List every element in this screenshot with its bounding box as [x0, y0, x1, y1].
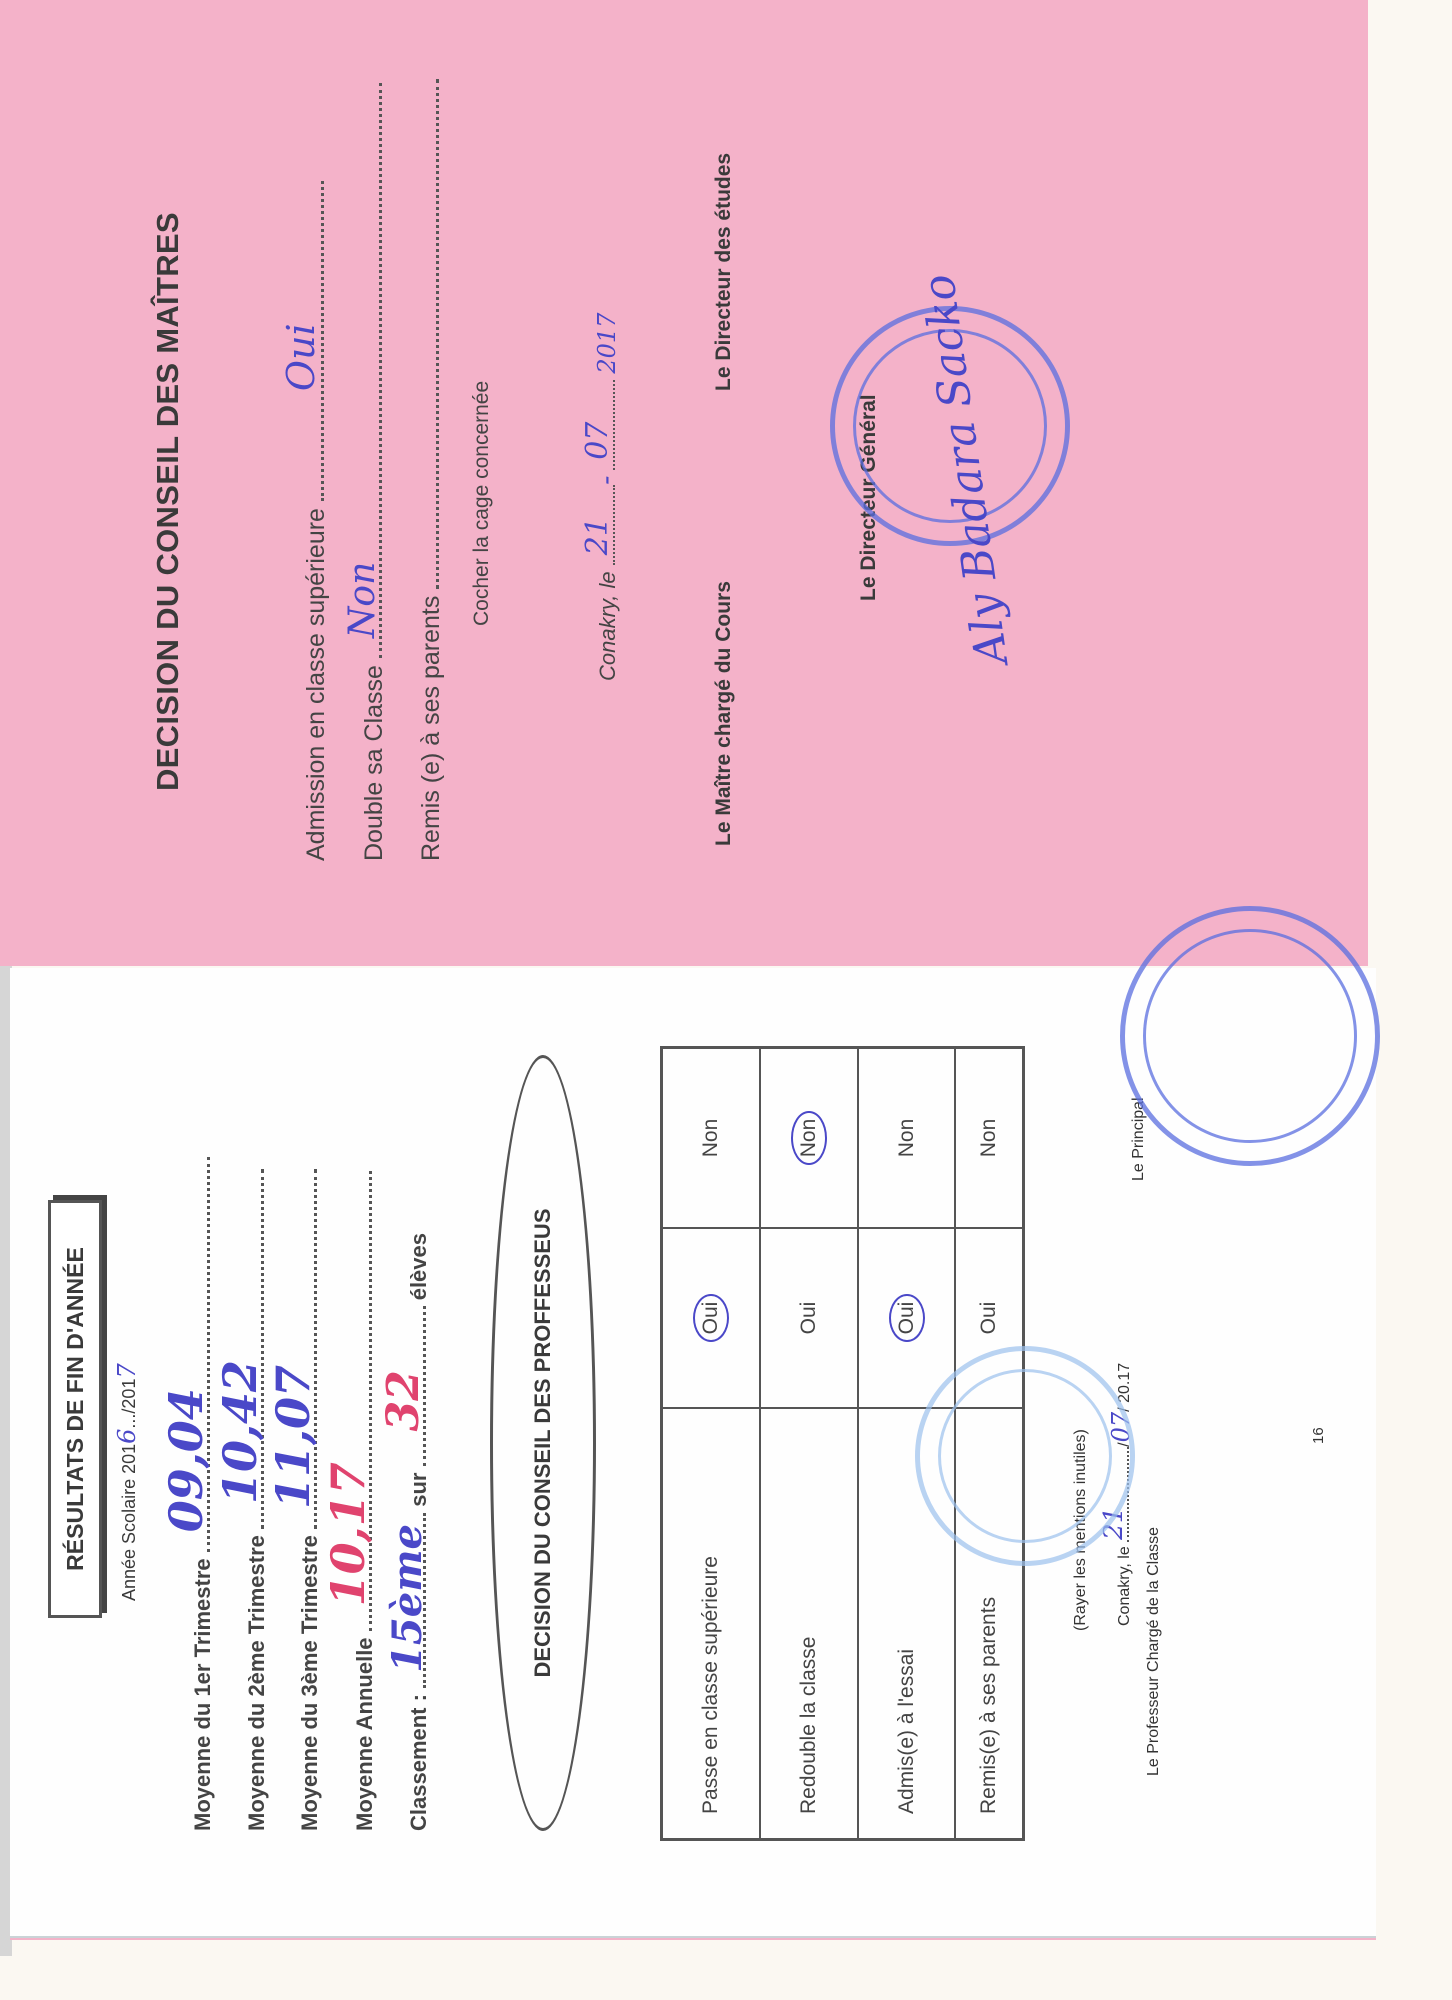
option-text: Oui	[797, 1302, 820, 1335]
field-dots: Oui	[321, 181, 324, 501]
average-dots: 10,42	[261, 1169, 264, 1529]
ranking-dots: 15ème	[423, 1513, 426, 1688]
school-year: Année Scolaire 2016.../2017	[113, 1363, 141, 1601]
decision-option-oui[interactable]: Oui	[662, 1228, 761, 1408]
option-text: Non	[977, 1119, 1000, 1158]
stamp-inner-ring	[938, 1369, 1112, 1543]
option-text: Oui	[977, 1302, 1000, 1335]
option-text: Non	[895, 1119, 918, 1158]
signature-maitre: Le Maître chargé du Cours	[712, 581, 736, 846]
average-label: Moyenne du 2ème Trimestre	[244, 1535, 269, 1831]
date-prefix: Conakry, le	[595, 571, 620, 681]
field-label: Admission en classe supérieure	[302, 508, 330, 861]
field-double: Double sa Classe Non	[360, 83, 389, 861]
average-dots: 10,17	[369, 1171, 372, 1631]
average-3: Moyenne du 3ème Trimestre 11,07	[297, 1169, 323, 1831]
ranking-dots: 32	[423, 1306, 426, 1466]
decision-option-non[interactable]: Non	[858, 1048, 956, 1229]
field-label: Double sa Classe	[360, 665, 388, 861]
decision-option-non[interactable]: Non	[662, 1048, 761, 1229]
option-text: Non	[791, 1111, 827, 1166]
school-year-separator: /201	[119, 1379, 139, 1414]
date-year: 2017	[593, 313, 621, 374]
ranking-rank: 15ème	[384, 1524, 431, 1673]
decision-label: Passe en classe supérieure	[662, 1408, 761, 1840]
council-masters-title: DECISION DU CONSEIL DES MAÎTRES	[150, 212, 186, 791]
decision-option-oui[interactable]: Oui	[760, 1228, 858, 1408]
field-dots: Non	[379, 83, 382, 658]
ranking-suffix: élèves	[406, 1233, 431, 1300]
council-professors-title: DECISION DU CONSEIL DES PROFFESSEUS	[490, 1055, 596, 1831]
option-text: Non	[699, 1119, 722, 1158]
school-year-start: 6	[113, 1429, 141, 1444]
table-row: Redouble la classeOuiNon	[760, 1048, 858, 1840]
field-dots	[436, 79, 439, 589]
field-remis: Remis (e) à ses parents	[417, 79, 446, 861]
date-year: 20.17	[1116, 1363, 1133, 1403]
ranking-total: 32	[378, 1370, 429, 1431]
handwritten-value: Oui	[279, 323, 323, 391]
date-month: 07	[580, 422, 615, 460]
signature-directeur-etudes: Le Directeur des études	[712, 153, 736, 391]
faint-stamp-imprint	[915, 1346, 1135, 1566]
ranking-sur: sur	[406, 1473, 431, 1507]
average-dots: 09,04	[207, 1157, 210, 1552]
handwritten-value: Non	[342, 562, 383, 638]
average-value: 10,17	[321, 1462, 375, 1606]
official-stamp	[1120, 906, 1380, 1166]
decision-option-non[interactable]: Non	[760, 1048, 858, 1229]
decision-option-non[interactable]: Non	[955, 1048, 1023, 1229]
school-year-prefix: Année Scolaire 201	[119, 1444, 139, 1601]
white-page-content: RÉSULTATS DE FIN D'ANNÉE Année Scolaire …	[10, 968, 1376, 1936]
average-annual: Moyenne Annuelle 10,17	[352, 1171, 378, 1831]
date-dots: 07	[613, 380, 615, 470]
date-dash: -	[590, 476, 621, 485]
ranking: Classement : 15ème sur 32 élèves	[406, 1233, 432, 1831]
average-value: 09,04	[159, 1388, 213, 1532]
decision-label: Redouble la classe	[760, 1408, 858, 1840]
pink-page-content: DECISION DU CONSEIL DES MAÎTRES Admissio…	[0, 0, 1368, 966]
results-title: RÉSULTATS DE FIN D'ANNÉE	[48, 1200, 102, 1618]
average-value: 10,42	[213, 1360, 267, 1504]
council-title-text: DECISION DU CONSEIL DES PROFFESSEUS	[530, 1209, 556, 1678]
stamp-inner-ring	[1143, 929, 1357, 1143]
field-label: Remis (e) à ses parents	[417, 596, 445, 861]
signature-professeur: Le Professeur Chargé de la Classe	[1145, 1527, 1163, 1776]
average-label: Moyenne du 1er Trimestre	[190, 1558, 215, 1831]
option-text: Oui	[693, 1294, 729, 1343]
school-year-end: 7	[113, 1363, 141, 1378]
decision-option-oui[interactable]: Oui	[858, 1228, 956, 1408]
average-value: 11,07	[266, 1365, 320, 1509]
instruction-text: Cocher la cage concernée	[470, 381, 494, 626]
ranking-label: Classement :	[406, 1694, 431, 1831]
date-line: Conakry, le 21 - 07 2017	[590, 313, 622, 681]
table-row: Passe en classe supérieureOuiNon	[662, 1048, 761, 1840]
date-prefix: Conakry, le	[1116, 1546, 1133, 1626]
average-dots: 11,07	[314, 1169, 317, 1529]
field-admission: Admission en classe supérieure Oui	[302, 181, 331, 861]
date-dots: 21	[613, 485, 615, 565]
page-number: 16	[1310, 1427, 1327, 1444]
option-text: Oui	[889, 1294, 925, 1343]
average-label: Moyenne Annuelle	[352, 1637, 377, 1831]
average-label: Moyenne du 3ème Trimestre	[297, 1535, 322, 1831]
date-day: 21	[580, 517, 615, 555]
